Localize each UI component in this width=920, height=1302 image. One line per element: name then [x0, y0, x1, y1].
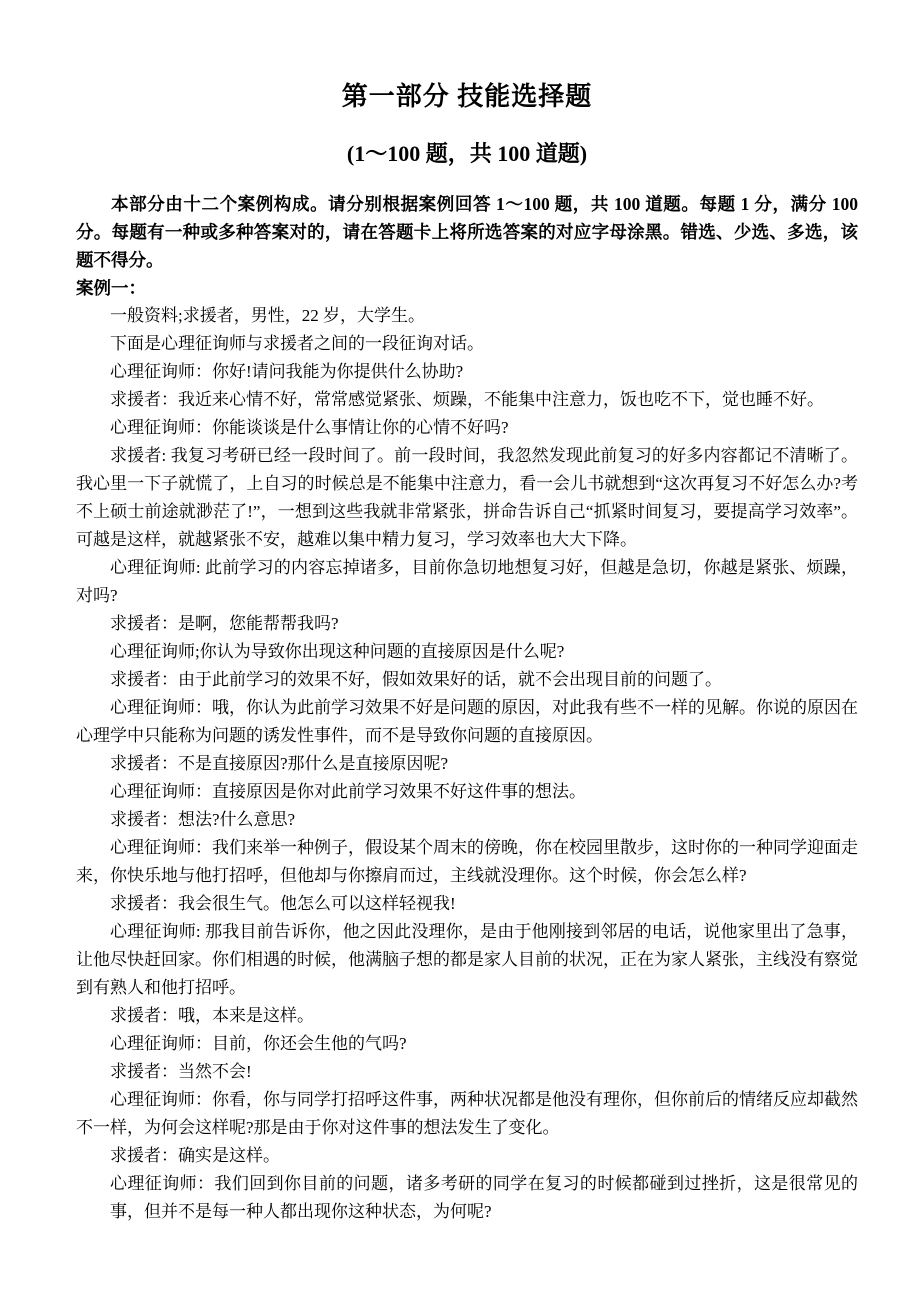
dialogue-paragraph: 求援者：我会很生气。他怎么可以这样轻视我!: [76, 890, 858, 918]
dialogue-paragraph: 求援者：是啊，您能帮帮我吗?: [76, 610, 858, 638]
dialogue-paragraph: 求援者：确实是这样。: [76, 1142, 858, 1170]
dialogue-intro-line: 下面是心理征询师与求援者之间的一段征询对话。: [76, 330, 858, 358]
dialogue-paragraph: 心理征询师：你好!请问我能为你提供什么协助?: [76, 358, 858, 386]
instructions-paragraph: 本部分由十二个案例构成。请分别根据案例回答 1～100 题，共 100 道题。每…: [76, 190, 858, 274]
page-title: 第一部分 技能选择题: [76, 76, 858, 113]
dialogue-paragraph: 求援者：我近来心情不好，常常感觉紧张、烦躁，不能集中注意力，饭也吃不下，觉也睡不…: [76, 386, 858, 414]
dialogue-paragraph: 求援者：不是直接原因?那什么是直接原因呢?: [76, 750, 858, 778]
dialogue-paragraph: 心理征询师：你看，你与同学打招呼这件事，两种状况都是他没有理你，但你前后的情绪反…: [76, 1086, 858, 1142]
dialogue-paragraph: 求援者：想法?什么意思?: [76, 806, 858, 834]
dialogue-paragraph: 求援者：当然不会!: [76, 1058, 858, 1086]
dialogue-paragraph: 心理征询师: 此前学习的内容忘掉诸多，目前你急切地想复习好，但越是急切，你越是紧…: [76, 554, 858, 610]
dialogue-paragraph: 心理征询师：直接原因是你对此前学习效果不好这件事的想法。: [76, 778, 858, 806]
page-subtitle: (1～100 题，共 100 道题): [76, 137, 858, 168]
dialogue-paragraph: 心理征询师: 那我目前告诉你，他之因此没理你，是由于他刚接到邻居的电话，说他家里…: [76, 918, 858, 1002]
dialogue-paragraph: 求援者：由于此前学习的效果不好，假如效果好的话，就不会出现目前的问题了。: [76, 666, 858, 694]
dialogue-paragraph: 心理征询师：哦，你认为此前学习效果不好是问题的原因，对此我有些不一样的见解。你说…: [76, 694, 858, 750]
dialogue-paragraph: 心理征询师;你认为导致你出现这种问题的直接原因是什么呢?: [76, 638, 858, 666]
dialogue-paragraph: 求援者: 我复习考研已经一段时间了。前一段时间，我忽然发现此前复习的好多内容都记…: [76, 442, 858, 554]
case-one-heading: 案例一：: [76, 274, 858, 302]
dialogue-paragraph: 心理征询师：你能谈谈是什么事情让你的心情不好吗?: [76, 414, 858, 442]
dialogue-paragraph: 心理征询师：我们来举一种例子，假设某个周末的傍晚，你在校园里散步，这时你的一种同…: [76, 834, 858, 890]
dialogue-paragraph: 求援者：哦，本来是这样。: [76, 1002, 858, 1030]
dialogue-paragraph: 心理征询师：我们回到你目前的问题，诸多考研的同学在复习的时候都碰到过挫折，这是很…: [76, 1170, 858, 1226]
dialogue-section: 一般资料;求援者，男性，22 岁，大学生。 下面是心理征询师与求援者之间的一段征…: [76, 302, 858, 1226]
dialogue-paragraph: 心理征询师：目前，你还会生他的气吗?: [76, 1030, 858, 1058]
document-page: 第一部分 技能选择题 (1～100 题，共 100 道题) 本部分由十二个案例构…: [0, 0, 920, 1302]
general-info-line: 一般资料;求援者，男性，22 岁，大学生。: [76, 302, 858, 330]
